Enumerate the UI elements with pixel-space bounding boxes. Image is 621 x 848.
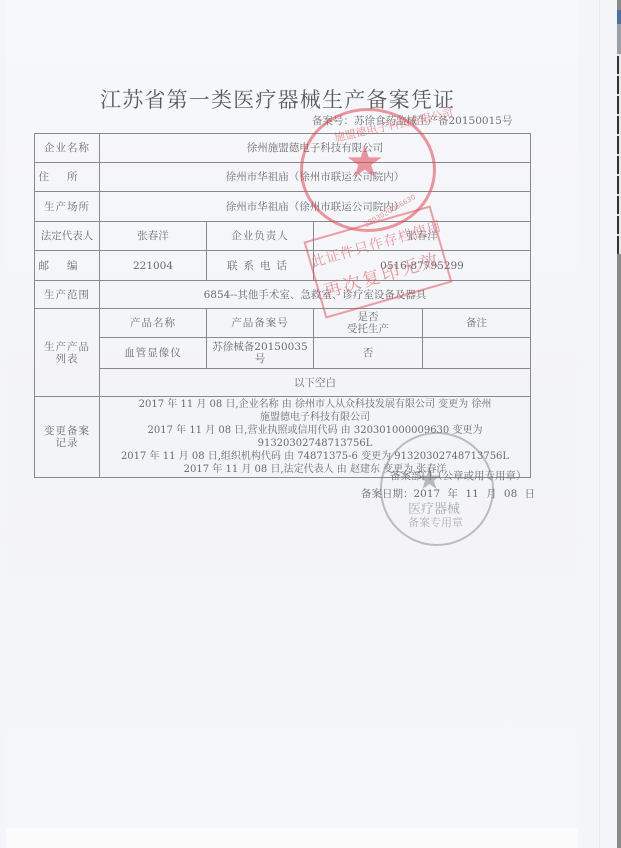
- row-legal-rep: 法定代表人 张春洋 企业负责人 张春洋: [35, 222, 531, 251]
- blank-note-row: 以下空白: [35, 369, 531, 397]
- change-records-label-text: 变更备案记录: [42, 425, 92, 449]
- product-row: 血管显像仪 苏徐械备20150035号 否: [35, 338, 531, 369]
- header-commissioned-line2: 受托生产: [316, 323, 420, 335]
- row-address: 住所 徐州市华祖庙（徐州市联运公司院内）: [35, 163, 531, 192]
- change-entry: 施盟德电子科技有限公司: [104, 411, 526, 424]
- scope-label: 生产范围: [35, 281, 100, 309]
- certificate-title: 江苏省第一类医疗器械生产备案凭证: [100, 84, 460, 114]
- person-in-charge-label: 企业负责人: [207, 222, 314, 251]
- page-bottom-margin: [6, 828, 578, 848]
- header-record-no: 产品备案号: [207, 309, 314, 338]
- star-icon: ★: [345, 141, 384, 185]
- star-icon: ★: [416, 462, 443, 497]
- postcode-value: 221004: [100, 251, 207, 281]
- header-product-name: 产品名称: [100, 309, 207, 338]
- page-edge: [599, 0, 600, 848]
- company-name-label: 企业名称: [35, 134, 100, 163]
- row-postcode: 邮编 221004 联系电话 0516-87795299: [35, 251, 531, 281]
- change-entry: 2017 年 11 月 08 日,企业名称 由 徐州市人从众科技发展有限公司 变…: [104, 398, 526, 411]
- postcode-label: 邮编: [35, 251, 100, 281]
- adjacent-window-titlebar: [617, 10, 621, 24]
- product-commissioned: 否: [314, 338, 423, 369]
- adjacent-window-edge[interactable]: [617, 0, 621, 848]
- legal-rep-value: 张春洋: [100, 222, 207, 251]
- adjacent-window-list: [617, 54, 621, 254]
- adjacent-window-header: [617, 24, 621, 54]
- products-label-text: 生产产品列表: [42, 341, 92, 365]
- row-scope: 生产范围 6854--其他手术室、急救室、诊疗室设备及器具: [35, 281, 531, 309]
- row-company-name: 企业名称 徐州施盟德电子科技有限公司: [35, 134, 531, 163]
- products-header-row: 生产产品列表 产品名称 产品备案号 是否 受托生产 备注: [35, 309, 531, 338]
- address-label: 住所: [35, 163, 100, 192]
- agency-seal-line2: 备案专用章: [408, 514, 463, 530]
- product-record-no: 苏徐械备20150035号: [207, 338, 314, 369]
- header-remark: 备注: [423, 309, 531, 338]
- blank-note: 以下空白: [100, 369, 531, 397]
- legal-rep-label: 法定代表人: [35, 222, 100, 251]
- agency-seal: ★ 医疗器械 备案专用章: [380, 432, 494, 546]
- production-site-label: 生产场所: [35, 192, 100, 222]
- change-records-label: 变更备案记录: [35, 397, 100, 478]
- change-entry: 2017 年 11 月 08 日,营业执照或信用代码 由 32030100000…: [104, 424, 526, 437]
- product-remark: [423, 338, 531, 369]
- phone-label: 联系电话: [207, 251, 314, 281]
- product-name: 血管显像仪: [100, 338, 207, 369]
- products-label: 生产产品列表: [35, 309, 100, 397]
- row-production-site: 生产场所 徐州市华祖庙（徐州市联运公司院内）: [35, 192, 531, 222]
- product-record-no-text: 苏徐械备20150035号: [212, 341, 308, 365]
- certificate-table: 企业名称 徐州施盟德电子科技有限公司 住所 徐州市华祖庙（徐州市联运公司院内） …: [34, 133, 531, 478]
